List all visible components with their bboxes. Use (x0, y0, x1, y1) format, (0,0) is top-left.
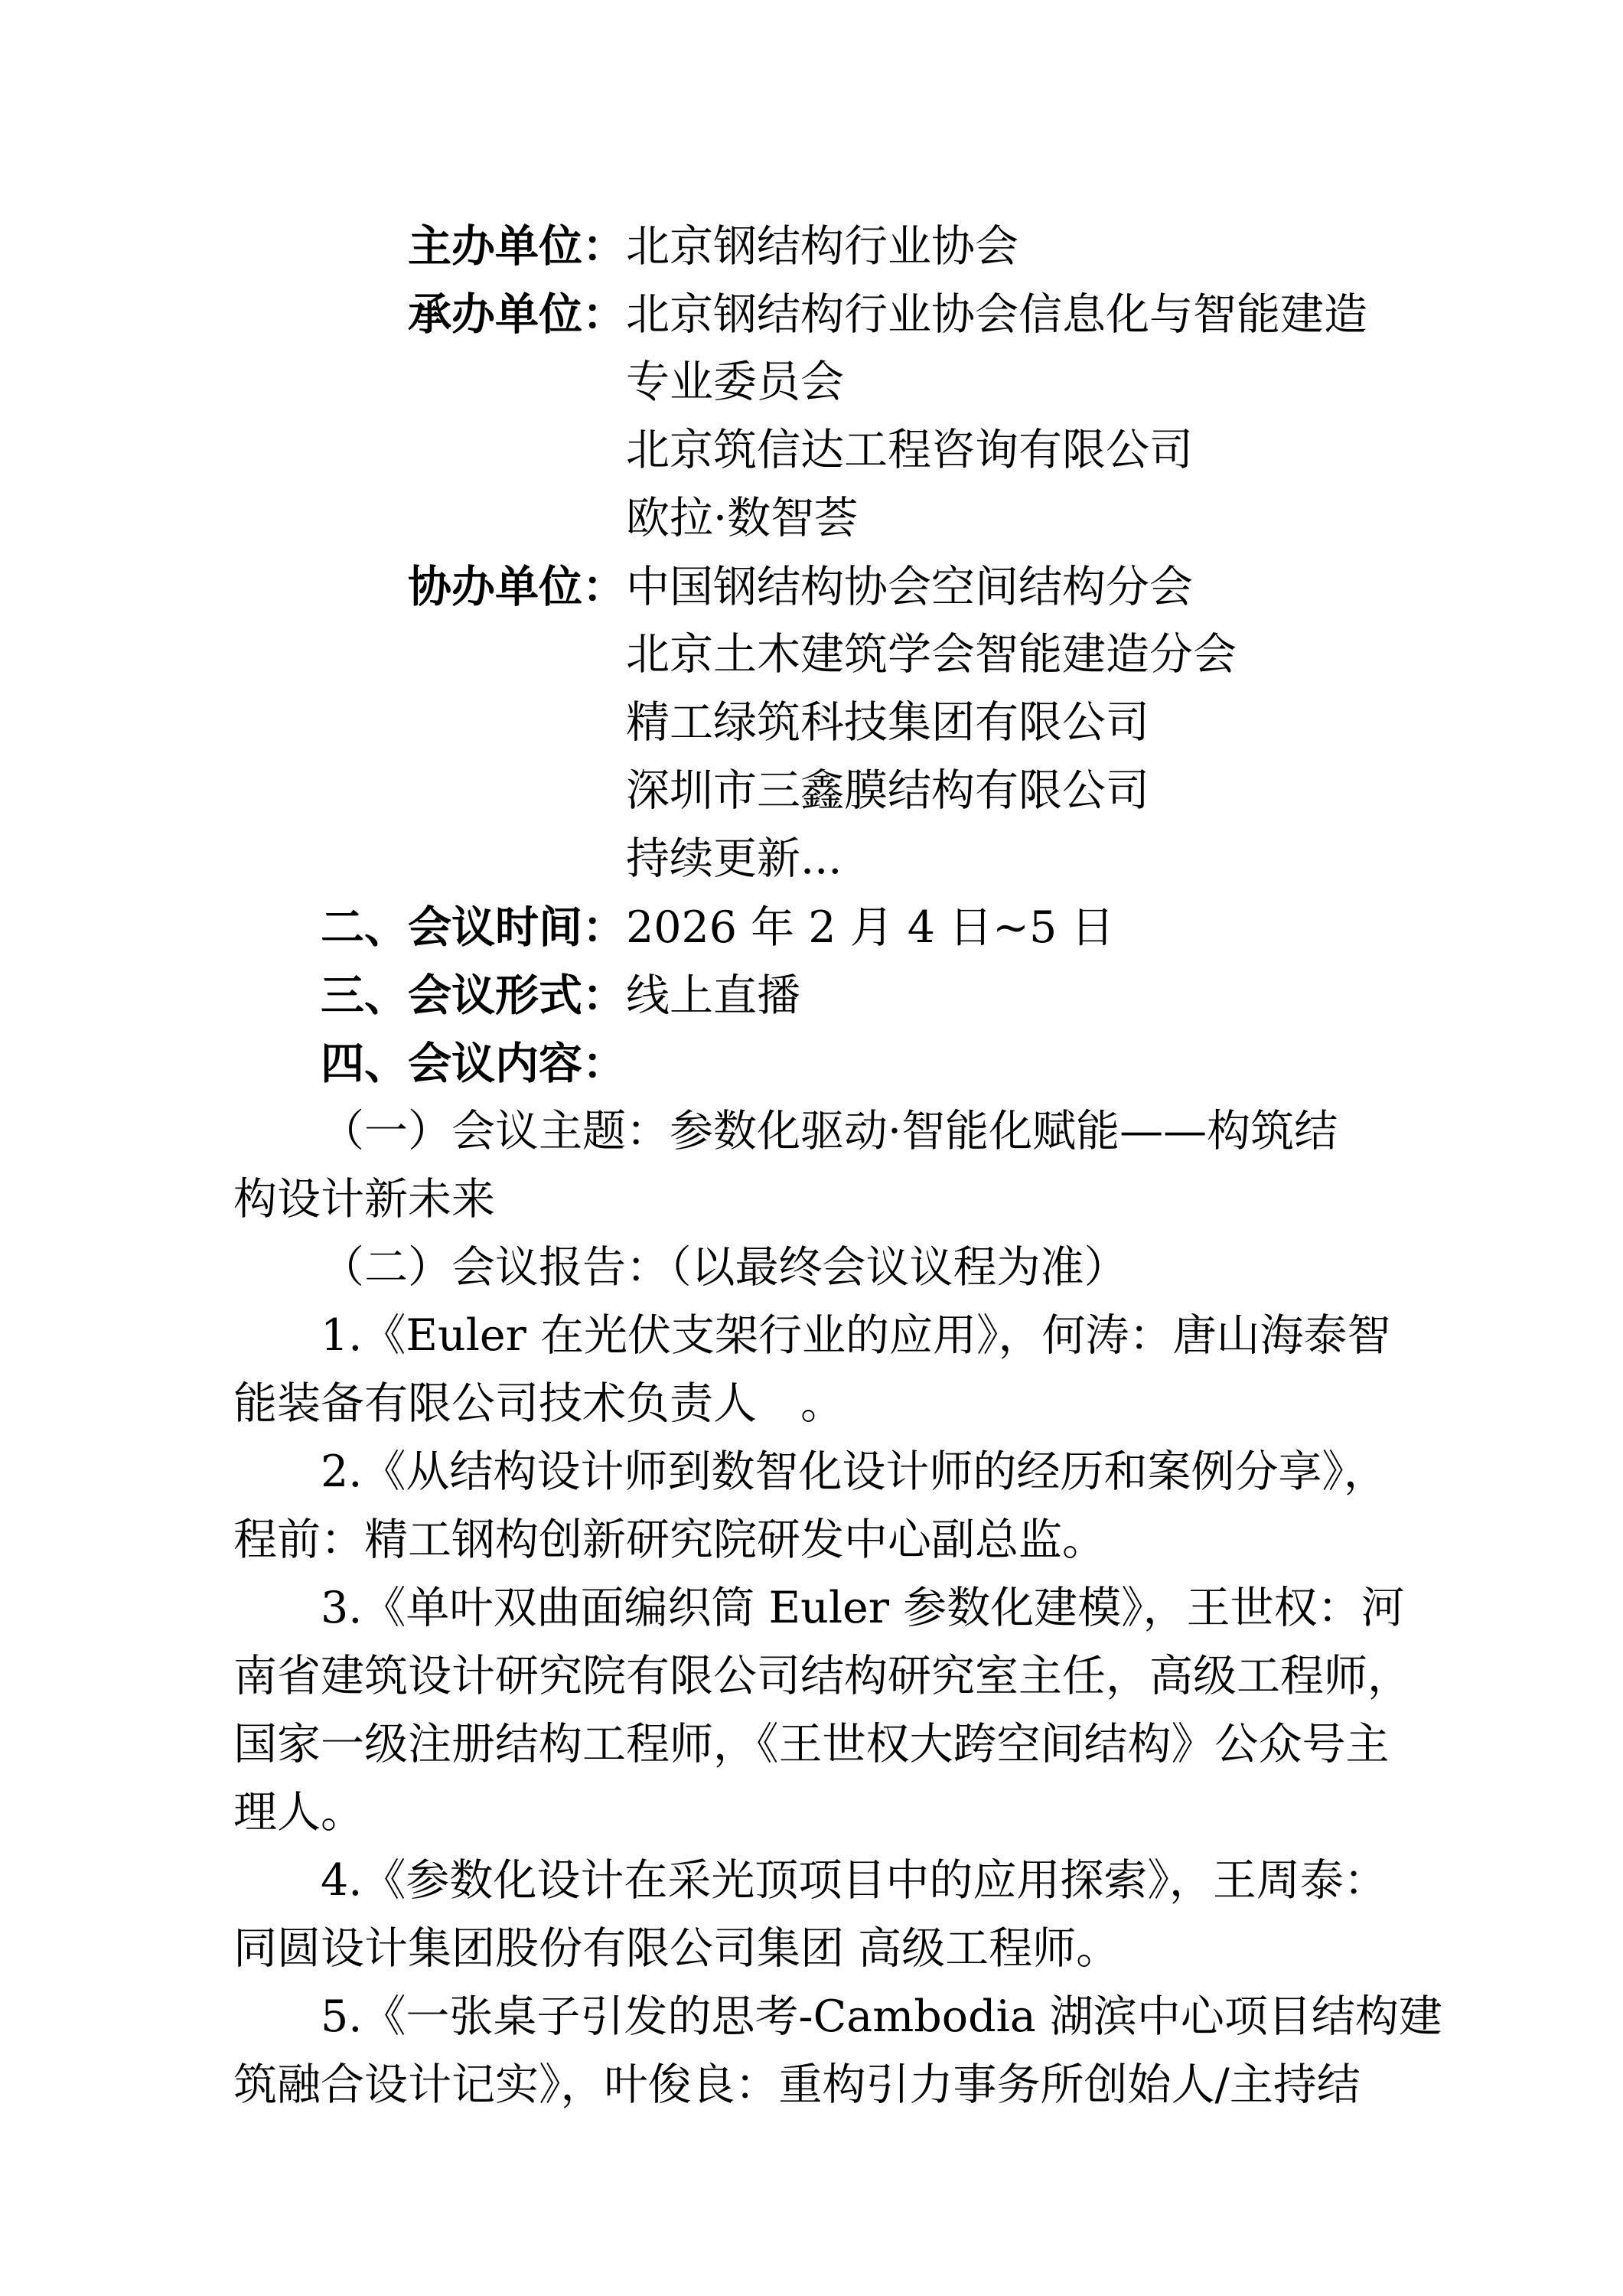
body-line: 南省建筑设计研究院有限公司结构研究室主任，高级工程师， (233, 1642, 1442, 1711)
organizer-continuation-line: 精工绿筑科技集团有限公司 (233, 689, 1442, 757)
section-heading-meeting-time: 二、会议时间：2026 年 2 月 4 日~5 日 (233, 893, 1442, 961)
body-line: （一）会议主题：参数化驱动·智能化赋能——构筑结 (233, 1097, 1442, 1166)
organizer-label: 协办单位： (408, 553, 626, 621)
body-line: 程前：精工钢构创新研究院研发中心副总监。 (233, 1506, 1442, 1574)
organizer-continuation-line: 专业委员会 (233, 348, 1442, 416)
body-line: 同圆设计集团股份有限公司集团 高级工程师。 (233, 1915, 1442, 1983)
organizer-line: 协办单位：中国钢结构协会空间结构分会 (233, 553, 1442, 621)
organizer-label: 主办单位： (408, 212, 626, 280)
organizer-value: 北京钢结构行业协会信息化与智能建造 (626, 289, 1367, 340)
body-line: 理人。 (233, 1779, 1442, 1847)
body-line: 国家一级注册结构工程师，《王世权大跨空间结构》公众号主 (233, 1711, 1442, 1779)
section-value: 线上直播 (626, 970, 800, 1021)
body-line: 筑融合设计记实》，叶俊良：重构引力事务所创始人/主持结 (233, 2051, 1442, 2119)
organizer-continuation-line: 北京土木建筑学会智能建造分会 (233, 621, 1442, 689)
section-heading-meeting-format: 三、会议形式：线上直播 (233, 961, 1442, 1029)
organizer-label: 承办单位： (408, 280, 626, 348)
organizer-continuation-line: 欧拉·数智荟 (233, 484, 1442, 553)
body-line: 2.《从结构设计师到数智化设计师的经历和案例分享》， (233, 1438, 1442, 1506)
organizer-value: 中国钢结构协会空间结构分会 (626, 562, 1193, 612)
body-line: 1.《Euler 在光伏支架行业的应用》，何涛：唐山海泰智 (233, 1302, 1442, 1370)
body-line: （二）会议报告：（以最终会议议程为准） (233, 1234, 1442, 1302)
organizer-continuation-line: 持续更新... (233, 825, 1442, 893)
organizer-line: 主办单位：北京钢结构行业协会 (233, 212, 1442, 280)
organizer-value: 北京钢结构行业协会 (626, 221, 1018, 272)
section-label: 二、会议时间： (321, 902, 626, 953)
body-line: 5.《一张桌子引发的思考-Cambodia 湖滨中心项目结构建 (233, 1983, 1442, 2051)
body-line: 能装备有限公司技术负责人 。 (233, 1370, 1442, 1438)
organizer-line: 承办单位：北京钢结构行业协会信息化与智能建造 (233, 280, 1442, 348)
body-line: 构设计新未来 (233, 1166, 1442, 1234)
section-label: 四、会议内容： (321, 1038, 626, 1089)
document-body: 主办单位：北京钢结构行业协会 承办单位：北京钢结构行业协会信息化与智能建造 专业… (233, 212, 1442, 2119)
body-line: 3.《单叶双曲面编织筒 Euler 参数化建模》，王世权：河 (233, 1574, 1442, 1642)
document-page: 主办单位：北京钢结构行业协会 承办单位：北京钢结构行业协会信息化与智能建造 专业… (0, 0, 1623, 2296)
section-value: 2026 年 2 月 4 日~5 日 (626, 902, 1114, 953)
section-label: 三、会议形式： (321, 970, 626, 1021)
organizer-continuation-line: 深圳市三鑫膜结构有限公司 (233, 757, 1442, 825)
body-line: 4.《参数化设计在采光顶项目中的应用探索》，王周泰： (233, 1847, 1442, 1915)
section-heading-meeting-content: 四、会议内容： (233, 1029, 1442, 1097)
organizer-continuation-line: 北京筑信达工程咨询有限公司 (233, 416, 1442, 484)
